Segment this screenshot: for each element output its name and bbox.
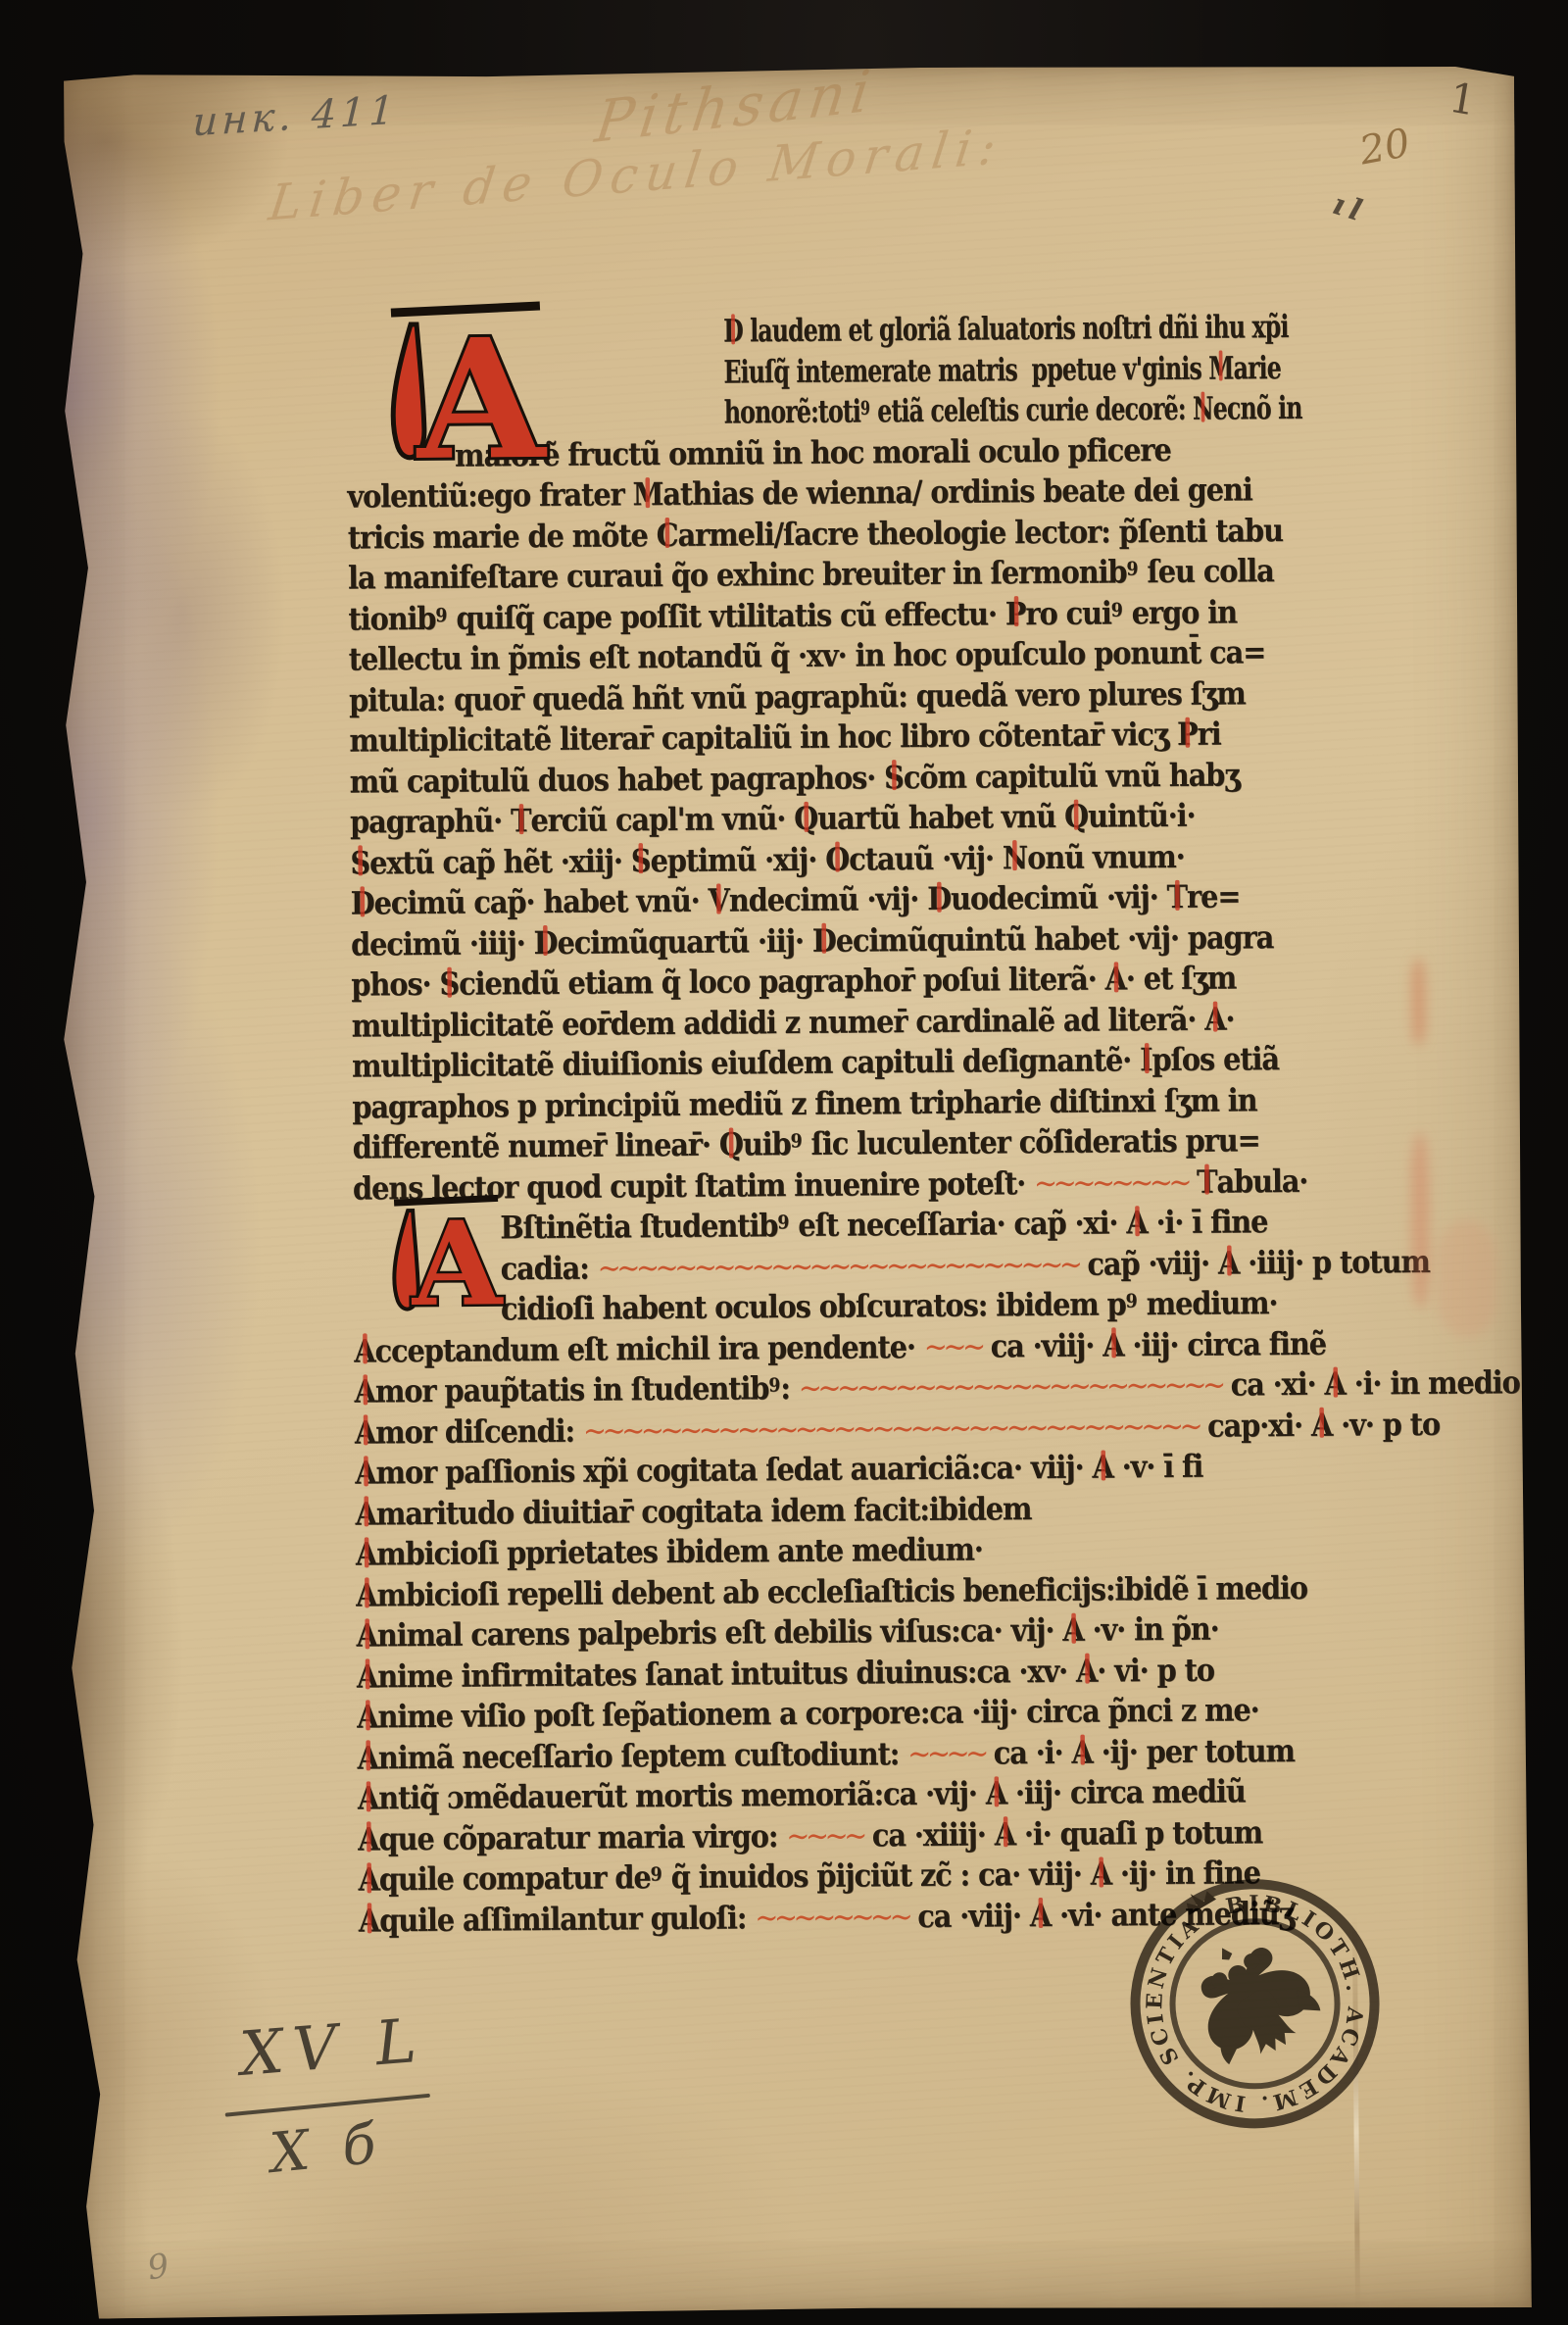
rubricated-capital: N [1193,390,1213,427]
rubricated-capital: A [357,1657,378,1695]
text-segment: ca ·xiiij· [863,1815,995,1854]
text-segment: ·iij· circa mediũ [1006,1772,1246,1811]
text-segment: cidioſi habent oculos obſcuratos: ibidem… [501,1285,1126,1327]
text-segment: extũ cap̃ hẽt ·xiij· [369,842,631,881]
text-segment: tionib [348,599,435,637]
text-segment: Eiuſq̃ intemerate matris ppetue v'ginis [723,349,1208,390]
text-line: Decimũ cap̃· habet vnũ· Vndecimũ ·vij· D… [351,880,1241,918]
text-segment: re= [1187,877,1241,915]
text-segment: multiplicitatẽ diuiſionis eiuſdem capitu… [352,1041,1140,1084]
rubricated-capital: A [359,1902,380,1939]
text-segment: ecimũquartũ ·iij· [557,921,812,961]
text-line: Bſtinẽtia ſtudentib9 eſt neceſſaria· cap… [500,1206,1267,1243]
text-segment: athias de wienna/ ordinis beate dei geni [662,470,1252,513]
text-segment: mbicioſi pprietates ibidem ante medium· [376,1530,983,1572]
text-segment: medium· [1138,1284,1278,1322]
text-segment: ecnõ in [1213,389,1302,427]
text-segment: ro cui [1025,594,1111,632]
text-segment: ctauũ ·vij· [849,839,1003,877]
text-line: multiplicitatẽ diuiſionis eiuſdem capitu… [352,1043,1279,1081]
rubricated-capital: A [355,1495,376,1532]
text-segment: mbicioſi repelli debent ab eccleſiaſtici… [376,1568,1307,1612]
rubricated-capital: Q [719,1125,743,1162]
rubricated-capital: A [1076,1652,1098,1689]
text-segment: mor paſſionis xp̃i cogitata ſedat auaric… [375,1449,1092,1492]
rubricated-capital: N [1003,839,1028,876]
abbreviation-superscript: 9 [790,1129,802,1152]
rubricated-capital: A [356,1576,377,1613]
text-segment: ·v· in p̃n· [1083,1610,1218,1649]
drop-cap-initial-2: A [382,1188,530,1335]
rubricated-capital: A [357,1739,378,1776]
text-segment: : [780,1369,799,1407]
text-segment: mor diſcendi: [375,1411,583,1451]
text-segment: q̃ inuidos p̃ijciũt zc̃ : ca· viij· [662,1855,1091,1896]
rubricated-capital: S [631,842,651,879]
abbreviation-superscript: 9 [1111,598,1123,620]
rubricated-capital: A [1030,1896,1052,1933]
svg-text:A: A [415,302,549,491]
abbreviation-superscript: 9 [768,1373,780,1396]
text-segment: laudem et gloriã ſaluatoris noſtri dñi i… [743,308,1289,349]
text-line: Ambicioſi repelli debent ab eccleſiaſtic… [356,1571,1307,1610]
abbreviation-superscript: 9 [435,604,447,626]
text-segment: mũ capitulũ duos habet pagraphos· [350,759,885,800]
rubricated-capital: A [1092,1448,1113,1485]
text-line: multiplicitatẽ literar̄ capitaliũ in hoc… [349,718,1220,757]
rubricated-capital: A [354,1372,375,1410]
text-line: Amor paſſionis xp̃i cogitata ſedat auari… [355,1451,1202,1489]
red-offset-smudge [1411,958,1426,1046]
text-segment: onũ vnum· [1027,837,1185,875]
rubricated-capital: P [1005,595,1026,632]
rubricated-capital: A [355,1413,376,1451]
rubricated-capital: T [511,802,531,839]
svg-text:A: A [411,1195,504,1331]
text-segment: eſt neceſſaria· cap̃ ·xi· [789,1204,1126,1244]
text-segment: ecimũquintũ habet ·vij· pagra [836,918,1274,960]
text-segment: ciendũ etiam q̃ loco pagraphor̄ poſui li… [459,960,1105,1002]
text-segment: maritudo diuitiar̄ cogitata idem facit:i… [376,1490,1032,1532]
text-segment: ergo in [1123,593,1237,631]
text-segment: mor paup̃tatis in ſtudentib [375,1369,769,1410]
scan-background: инк. 411 Pithsani Liber de Oculo Morali:… [0,0,1568,2325]
rubricated-capital: D [351,884,374,921]
text-segment: ·iij· circa finẽ [1123,1324,1326,1363]
text-segment: decimũ ·iiij· [351,924,534,963]
text-segment: ·i· in medio [1346,1363,1520,1402]
text-segment: uartũ habet vnũ [817,798,1064,837]
red-squiggle-leader: ~~~~~~~~ [1034,1162,1188,1201]
text-segment: armeli/ſacre theologie lector: p̃ſenti t… [677,512,1283,554]
text-line: tricis marie de mõte Carmeli/ſacre theol… [348,515,1283,553]
red-squiggle-leader: ~~~~ [907,1734,985,1772]
text-segment: nime infirmitates ſanat intuitus diuinus… [377,1652,1076,1695]
rubricated-capital: I [1140,1041,1152,1078]
text-segment: cap·xi· [1199,1406,1311,1444]
text-line: cidioſi habent oculos obſcuratos: ibidem… [501,1287,1278,1324]
text-line: differentẽ numer̄ linear̄· Quib9 ſic luc… [353,1124,1260,1162]
text-line: Amor diſcendi: ~~~~~~~~~~~~~~~~~~~~~~~~~… [355,1408,1440,1448]
abbreviation-superscript: 9 [1126,558,1138,580]
bottom-shelfmark-bottom: X б [268,2111,387,2186]
text-segment: uib [743,1125,791,1162]
rubricated-capital: M [632,475,662,513]
text-segment: arie [1233,349,1281,386]
rubricated-capital: D [812,921,836,959]
text-segment: · et ſʒm [1126,959,1237,997]
rubricated-capital: A [1104,960,1126,997]
text-segment: que cõparatur maria virgo: [378,1817,786,1857]
rubricated-capital: T [1166,878,1187,915]
text-segment: la manifeſtare curaui q̃o exhinc breuite… [348,553,1127,596]
text-line: Anime infirmitates ſanat intuitus diuinu… [357,1654,1214,1692]
text-line: Antiq̃ ɔmẽdauerũt mortis memoriã:ca ·vij… [358,1775,1246,1813]
rubricated-capital: A [994,1815,1015,1853]
text-segment: ndecimũ ·vij· [729,880,928,919]
rubricated-capital: A [1102,1326,1124,1363]
text-segment: cap̃ ·viij· [1078,1244,1218,1282]
text-segment: ſic luculenter cõſideratis pru= [802,1121,1259,1162]
text-segment: ri [1197,716,1220,753]
text-segment: ca ·viij· [982,1326,1103,1364]
text-segment: ntiq̃ ɔmẽdauerũt mortis memoriã:ca ·vij· [378,1774,986,1816]
text-segment: abula· [1216,1162,1307,1200]
text-line: decimũ ·iiij· Decimũquartũ ·iij· Decimũq… [351,921,1273,960]
rubricated-capital: A [358,1820,379,1857]
text-segment: multiplicitatẽ literar̄ capitaliũ in hoc… [349,716,1177,760]
red-squiggle-leader: ~~~ [924,1327,982,1364]
rubricated-capital: A [1071,1733,1093,1770]
rubricated-capital: Q [794,800,817,837]
pink-margin-smudge [1437,1219,1496,1337]
abbreviation-superscript: 9 [1126,1290,1138,1312]
text-line: Animal carens palpebris eſt debilis viſu… [356,1613,1218,1652]
rubricated-capital: A [358,1779,379,1816]
rubricated-capital: A [1062,1611,1084,1649]
text-segment: ca ·i· [985,1733,1072,1771]
text-segment: eptimũ ·xij· [650,840,825,878]
text-line: Anime viſio poſt ſep̃ationem a corpore:c… [357,1694,1259,1732]
text-segment: ſeu colla [1138,552,1274,590]
rubricated-capital: A [357,1698,378,1735]
text-line: cadia: ~~~~~~~~~~~~~~~~~~~~~~~~~ cap̃ ·v… [500,1245,1429,1283]
text-line: pagraphos p principiũ mediũ z finem trip… [352,1084,1256,1122]
text-line: mũ capitulũ duos habet pagraphos· Scõm c… [350,759,1240,797]
text-segment: uintũ·i· [1088,797,1196,835]
abbreviation-superscript: 9 [651,1862,662,1885]
text-segment: ca ·viij· [908,1897,1030,1935]
rubricated-capital: S [439,965,459,1003]
text-line: D laudem et gloriã ſaluatoris noſtri dñi… [723,311,1289,347]
text-segment: nime viſio poſt ſep̃ationem a corpore:ca… [377,1691,1258,1735]
text-line: Ambicioſi pprietates ibidem ante medium· [356,1533,983,1569]
text-segment [1188,1162,1197,1200]
text-segment: quile aſſimilantur guloſi: [379,1899,755,1939]
text-line: la manifeſtare curaui q̃o exhinc breuite… [348,555,1274,593]
text-line: honorẽ:toti9 etiã celeſtis curie decorẽ:… [724,392,1302,428]
text-segment: multiplicitatẽ eor̄dem addidi z numer̄ c… [352,1000,1205,1044]
text-segment: pſos etiã [1151,1040,1279,1078]
red-squiggle-leader: ~~~~ [786,1816,863,1855]
rubricated-capital: A [1324,1365,1346,1403]
manuscript-page: инк. 411 Pithsani Liber de Oculo Morali:… [46,63,1532,2319]
rubricated-capital: V [708,881,729,918]
rubricated-capital: T [1197,1162,1217,1200]
text-segment: ca ·xi· [1222,1365,1325,1404]
rubricated-capital: A [1126,1204,1148,1241]
text-segment: uodecimũ ·vij· [951,878,1167,917]
text-line: Sextũ cap̃ hẽt ·xiij· Septimũ ·xij· Octa… [350,840,1184,878]
rubricated-capital: A [355,1454,376,1491]
text-segment: ·v· ī fi [1113,1448,1203,1486]
rubricated-capital: M [1208,349,1234,386]
rubricated-capital: Q [1064,798,1088,835]
text-line: pagraphũ· Terciũ capl'm vnũ· Quartũ habe… [350,800,1196,838]
rubricated-capital: A [358,1860,379,1898]
drop-cap-initial-1: A [373,293,611,495]
text-line: Animã neceſſario ſeptem cuſtodiunt: ~~~~… [357,1734,1295,1773]
text-segment: phos· [351,965,439,1004]
text-segment: ·i· quaſi p totum [1015,1813,1262,1853]
text-segment: quile compatur de [379,1858,651,1898]
rubricated-capital: A [1204,1000,1226,1037]
rubricated-capital: A [1218,1244,1240,1281]
rubricated-capital: D [927,880,951,917]
text-segment: · vi· p to [1097,1651,1214,1689]
text-segment: quiſq̃ cape poſſit vtilitatis cũ effectu… [447,595,1005,636]
text-segment: ·ij· per totum [1093,1731,1295,1770]
rubricated-capital: A [356,1616,377,1654]
text-segment: differentẽ numer̄ linear̄· [352,1126,718,1166]
rubricated-capital: S [350,844,369,881]
red-squiggle-leader: ~~~~~~~~~~~~~~~~~~~~~~ [799,1366,1222,1407]
rubricated-capital: A [356,1535,377,1572]
rubricated-capital: S [884,759,904,796]
text-segment: ·i· ī fine [1147,1203,1267,1241]
text-segment: cõm capitulũ vnũ habʒ [904,756,1240,796]
rubricated-capital: A [1090,1855,1111,1892]
text-segment: Bſtinẽtia ſtudentib [500,1207,777,1246]
text-segment: honorẽ:toti [724,392,861,430]
rubricated-capital: A [1311,1406,1333,1443]
rubricated-capital: D [533,923,557,961]
text-segment: etiã celeſtis curie decorẽ: [870,390,1193,430]
text-segment: pitula: quor̄ quedã hñt vnũ pagraphũ: qu… [349,674,1246,718]
rubricated-capital: D [723,312,743,349]
text-line: tellectu in p̃mis eſt notandũ q̃ ·xv· in… [349,636,1266,674]
rubricated-capital: A [986,1774,1007,1811]
text-line: Aque cõparatur maria virgo: ~~~~ ca ·xii… [358,1816,1262,1855]
text-segment: ecimũ cap̃· habet vnũ· [373,882,708,922]
red-squiggle-leader: ~~~~~~~~~~~~~~~~~~~~~~~~~ [597,1245,1078,1286]
text-segment: tricis marie de mõte [348,517,657,556]
text-segment: nimã neceſſario ſeptem cuſtodiunt: [378,1735,908,1776]
library-stamp: BIBLIOTH. ACADEM. IMP. SCIENTIAR. [1116,1865,1393,2146]
text-line: Amor paup̃tatis in ſtudentib9: ~~~~~~~~~… [354,1366,1519,1407]
bottom-shelfmark-top: XV L [237,2003,428,2090]
text-line: pitula: quor̄ quedã hñt vnũ pagraphũ: qu… [349,677,1246,716]
text-line: Eiuſq̃ intemerate matris ppetue v'ginis … [723,352,1281,387]
rubricated-capital: P [1177,716,1198,753]
text-line: Amaritudo diuitiar̄ cogitata idem facit:… [355,1493,1031,1529]
abbreviation-superscript: 9 [777,1211,789,1233]
text-line: multiplicitatẽ eor̄dem addidi z numer̄ c… [352,1003,1235,1041]
text-line: phos· Sciendũ etiam q̃ loco pagraphor̄ p… [351,962,1236,1000]
red-offset-smudge [1411,1132,1430,1309]
text-segment: ·v· p to [1332,1405,1440,1443]
text-segment: pagraphũ· [350,802,511,840]
text-line: tionib9 quiſq̃ cape poſſit vtilitatis cũ… [348,596,1237,634]
rubricated-capital: C [656,516,677,553]
text-segment: · [1225,1000,1234,1037]
text-segment: ·iiij· p totum [1239,1242,1430,1281]
text-segment: tellectu in p̃mis eſt notandũ q̃ ·xv· in… [349,633,1266,677]
red-squiggle-leader: ~~~~~~~~ [755,1898,908,1936]
text-segment: erciũ capl'm vnũ· [530,800,794,839]
red-squiggle-leader: ~~~~~~~~~~~~~~~~~~~~~~~~~~~~~~~~ [583,1407,1199,1449]
text-segment: nimal carens palpebris eſt debilis viſus… [377,1611,1063,1654]
rubricated-capital: O [825,840,849,877]
rubricated-capital: A [354,1332,375,1369]
text-segment: pagraphos p principiũ mediũ z finem trip… [352,1081,1256,1125]
